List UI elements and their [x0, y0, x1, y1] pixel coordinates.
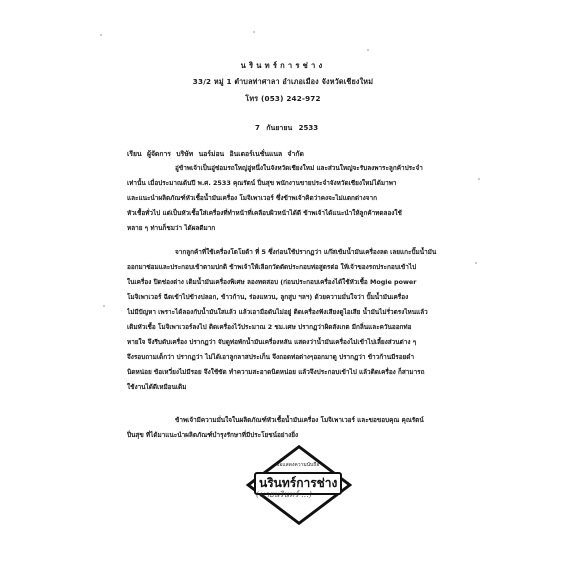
scan-speck — [100, 34, 102, 36]
text-line: เติมหัวเชื้อ โมจิเพาเวอร์ลงไป ติดเครื่อง… — [127, 320, 447, 335]
paragraph-1: อู่ข้าพเจ้าเป็นอู่ซ่อมรถใหญ่อู่หนึ่งในจั… — [127, 161, 447, 236]
scan-speck — [103, 305, 105, 307]
company-name: นรินทร์การช่าง — [0, 60, 566, 72]
text-line: หลาย ๆ ท่านก็ชมว่า ได้ผลดีมาก — [127, 221, 447, 236]
text-line: และแนะนำผลิตภัณฑ์หัวเชื้อน้ำมันเครื่อง โ… — [127, 191, 447, 206]
closing-text: ขอแสดงความนับถือ — [276, 461, 319, 469]
text-line: ไม่มีปัญหา เพราะได้ลองกับน้ำมันใสแล้ว แล… — [127, 305, 447, 320]
scanned-letter: นรินทร์การช่าง 33/2 หมู่ 1 ตำบลท่าศาลา อ… — [0, 0, 566, 566]
text-line: ปิ่นสุข ที่ได้มาแนะนำผลิตภัณฑ์บำรุงรักษา… — [127, 428, 447, 443]
text-line: เท่านั้น เมื่อประมาณต้นปี พ.ศ. 2533 คุณร… — [127, 176, 447, 191]
scan-speck — [253, 31, 255, 33]
company-address: 33/2 หมู่ 1 ตำบลท่าศาลา อำเภอเมือง จังหว… — [0, 77, 566, 88]
scan-speck — [475, 262, 477, 264]
signature: (นายนรินทร์ ...) — [256, 488, 312, 501]
text-line: อู่ข้าพเจ้าเป็นอู่ซ่อมรถใหญ่อู่หนึ่งในจั… — [127, 161, 447, 176]
company-stamp: ขอแสดงความนับถือ นรินทร์การช่าง (นายนริน… — [232, 450, 372, 520]
paragraph-3: ข้าพเจ้ามีความมั่นใจในผลิตภัณฑ์หัวเชื้อน… — [127, 413, 447, 443]
text-line: นิดหน่อย ข้อเหวี่ยงไม่มีรอย จึงใช้ขัด ทำ… — [127, 365, 447, 380]
paragraph-2: จากลูกค้าที่ใช้เครื่องโตโยต้า ที่ 5 ซึ่ง… — [127, 245, 447, 395]
text-line: ข้าพเจ้ามีความมั่นใจในผลิตภัณฑ์หัวเชื้อน… — [127, 413, 447, 428]
company-phone: โทร (053) 242-972 — [0, 94, 566, 105]
text-line: โมจิเพาเวอร์ ฉีดเข้าไปข้างปลอก, ข้าวก้าน… — [127, 290, 447, 305]
text-line: ในเครื่อง ปิดช่องต่าง เติมน้ำมันเครื่องพ… — [127, 275, 447, 290]
text-line: ใช้งานได้ดีเหมือนเดิม — [127, 380, 447, 395]
text-line: จึงรอบถามเด็กว่า ปรากฏว่า ไม่ได้เอาลูกลา… — [127, 350, 447, 365]
salutation: เรียน ผู้จัดการ บริษัท นอร์ม่อน อินเตอร์… — [127, 148, 304, 159]
text-line: จากลูกค้าที่ใช้เครื่องโตโยต้า ที่ 5 ซึ่ง… — [127, 245, 447, 260]
scan-speck — [478, 178, 480, 180]
text-line: หายใจ จึงรีบดับเครื่อง ปรากฏว่า จับดูท่อ… — [127, 335, 447, 350]
text-line: หัวเชื้อทั่วไป แต่เป็นหัวเชื้อใส่เครื่อง… — [127, 206, 447, 221]
text-line: ออกมาซ่อมและประกอบเข้าตามปกติ ข้าพเจ้าให… — [127, 260, 447, 275]
scan-speck — [367, 49, 369, 51]
letter-date: 7 กันยายน 2533 — [255, 123, 318, 134]
